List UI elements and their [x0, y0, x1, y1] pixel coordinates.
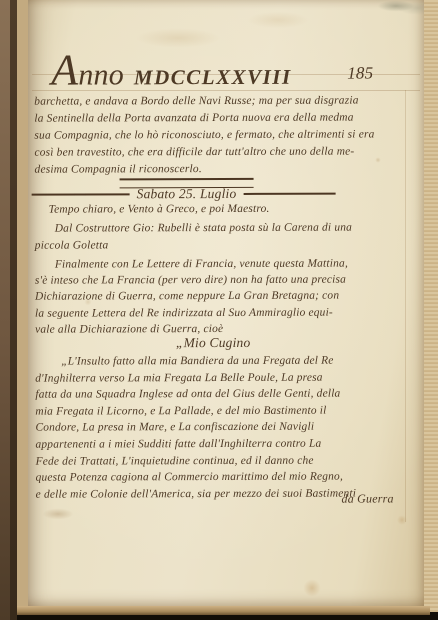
handwritten-line: così ben travestito, che era difficile d… — [34, 143, 420, 161]
handwritten-line: la Sentinella della Porta avanzata di Po… — [34, 109, 420, 127]
handwritten-line: barchetta, e andava a Bordo delle Navi R… — [34, 92, 420, 110]
book-binding-edge — [0, 0, 10, 620]
handwritten-line: desima Compagnia il riconoscerlo. — [35, 160, 421, 178]
date-rule-left — [32, 193, 130, 195]
handwritten-line: s'è inteso che La Francia (per vero dire… — [35, 272, 421, 290]
page-number: 185 — [347, 63, 373, 83]
handwritten-line: Finalmente con Le Lettere di Francia, ve… — [35, 255, 421, 273]
header-anno: Anno — [51, 53, 124, 92]
gutter-shadow — [10, 0, 17, 620]
continuation-paragraph: barchetta, e andava a Bordo delle Navi R… — [34, 92, 420, 178]
book-photo: Anno MDCCLXXVIII 185 barchetta, e andava… — [0, 0, 438, 620]
news-paragraph: Finalmente con Le Lettere di Francia, ve… — [35, 255, 421, 337]
catchword: da Guerra — [36, 491, 394, 507]
bottom-page-edges — [17, 606, 430, 615]
letter-body: „L'Insulto fatto alla mia Bandiera da un… — [35, 352, 424, 503]
handwritten-line: d'Inghilterra verso La mia Fregata La Be… — [35, 369, 423, 387]
manuscript-page: Anno MDCCLXXVIII 185 barchetta, e andava… — [28, 0, 424, 606]
handwritten-line: mia Fregata il Licorno, e La Pallade, e … — [35, 402, 423, 420]
handwritten-line: appartenenti a i miei Sudditi fatte dall… — [35, 435, 423, 453]
date-heading: Sabato 25. Luglio — [137, 186, 237, 202]
handwritten-line: Dal Costruttore Gio: Rubelli è stata pos… — [35, 219, 421, 237]
handwritten-line: Fede dei Trattati, L'inquietudine contin… — [36, 452, 424, 470]
date-rule-right — [243, 193, 335, 195]
ink-layer: Anno MDCCLXXVIII 185 barchetta, e andava… — [27, 0, 425, 607]
letter-salutation: „Mio Cugino — [58, 335, 368, 352]
handwritten-line: Condore, La presa in Mare, e La confisca… — [35, 419, 423, 437]
weather-line: Tempo chiaro, e Vento à Greco, e poi Mae… — [35, 200, 421, 218]
handwritten-line: „L'Insulto fatto alla mia Bandiera da un… — [35, 352, 423, 370]
handwritten-line: la seguente Lettera del Re indirizzata a… — [35, 304, 421, 322]
handwritten-line: Tempo chiaro, e Vento à Greco, e poi Mae… — [35, 200, 421, 218]
page-header: Anno MDCCLXXVIII — [51, 53, 292, 93]
handwritten-line: Dichiarazione di Guerra, come neppure La… — [35, 288, 421, 306]
shipyard-note: Dal Costruttore Gio: Rubelli è stata pos… — [35, 219, 421, 254]
handwritten-line: piccola Goletta — [35, 236, 421, 254]
header-year-roman: MDCCLXXVIII — [134, 65, 292, 91]
handwritten-line: questa Potenza cagiona al Commercio mari… — [36, 468, 424, 486]
handwritten-line: sua Compagnia, che lo hò riconosciuto, e… — [34, 126, 420, 144]
handwritten-line: fatta da una Squadra Inglese ad onta del… — [35, 385, 423, 403]
